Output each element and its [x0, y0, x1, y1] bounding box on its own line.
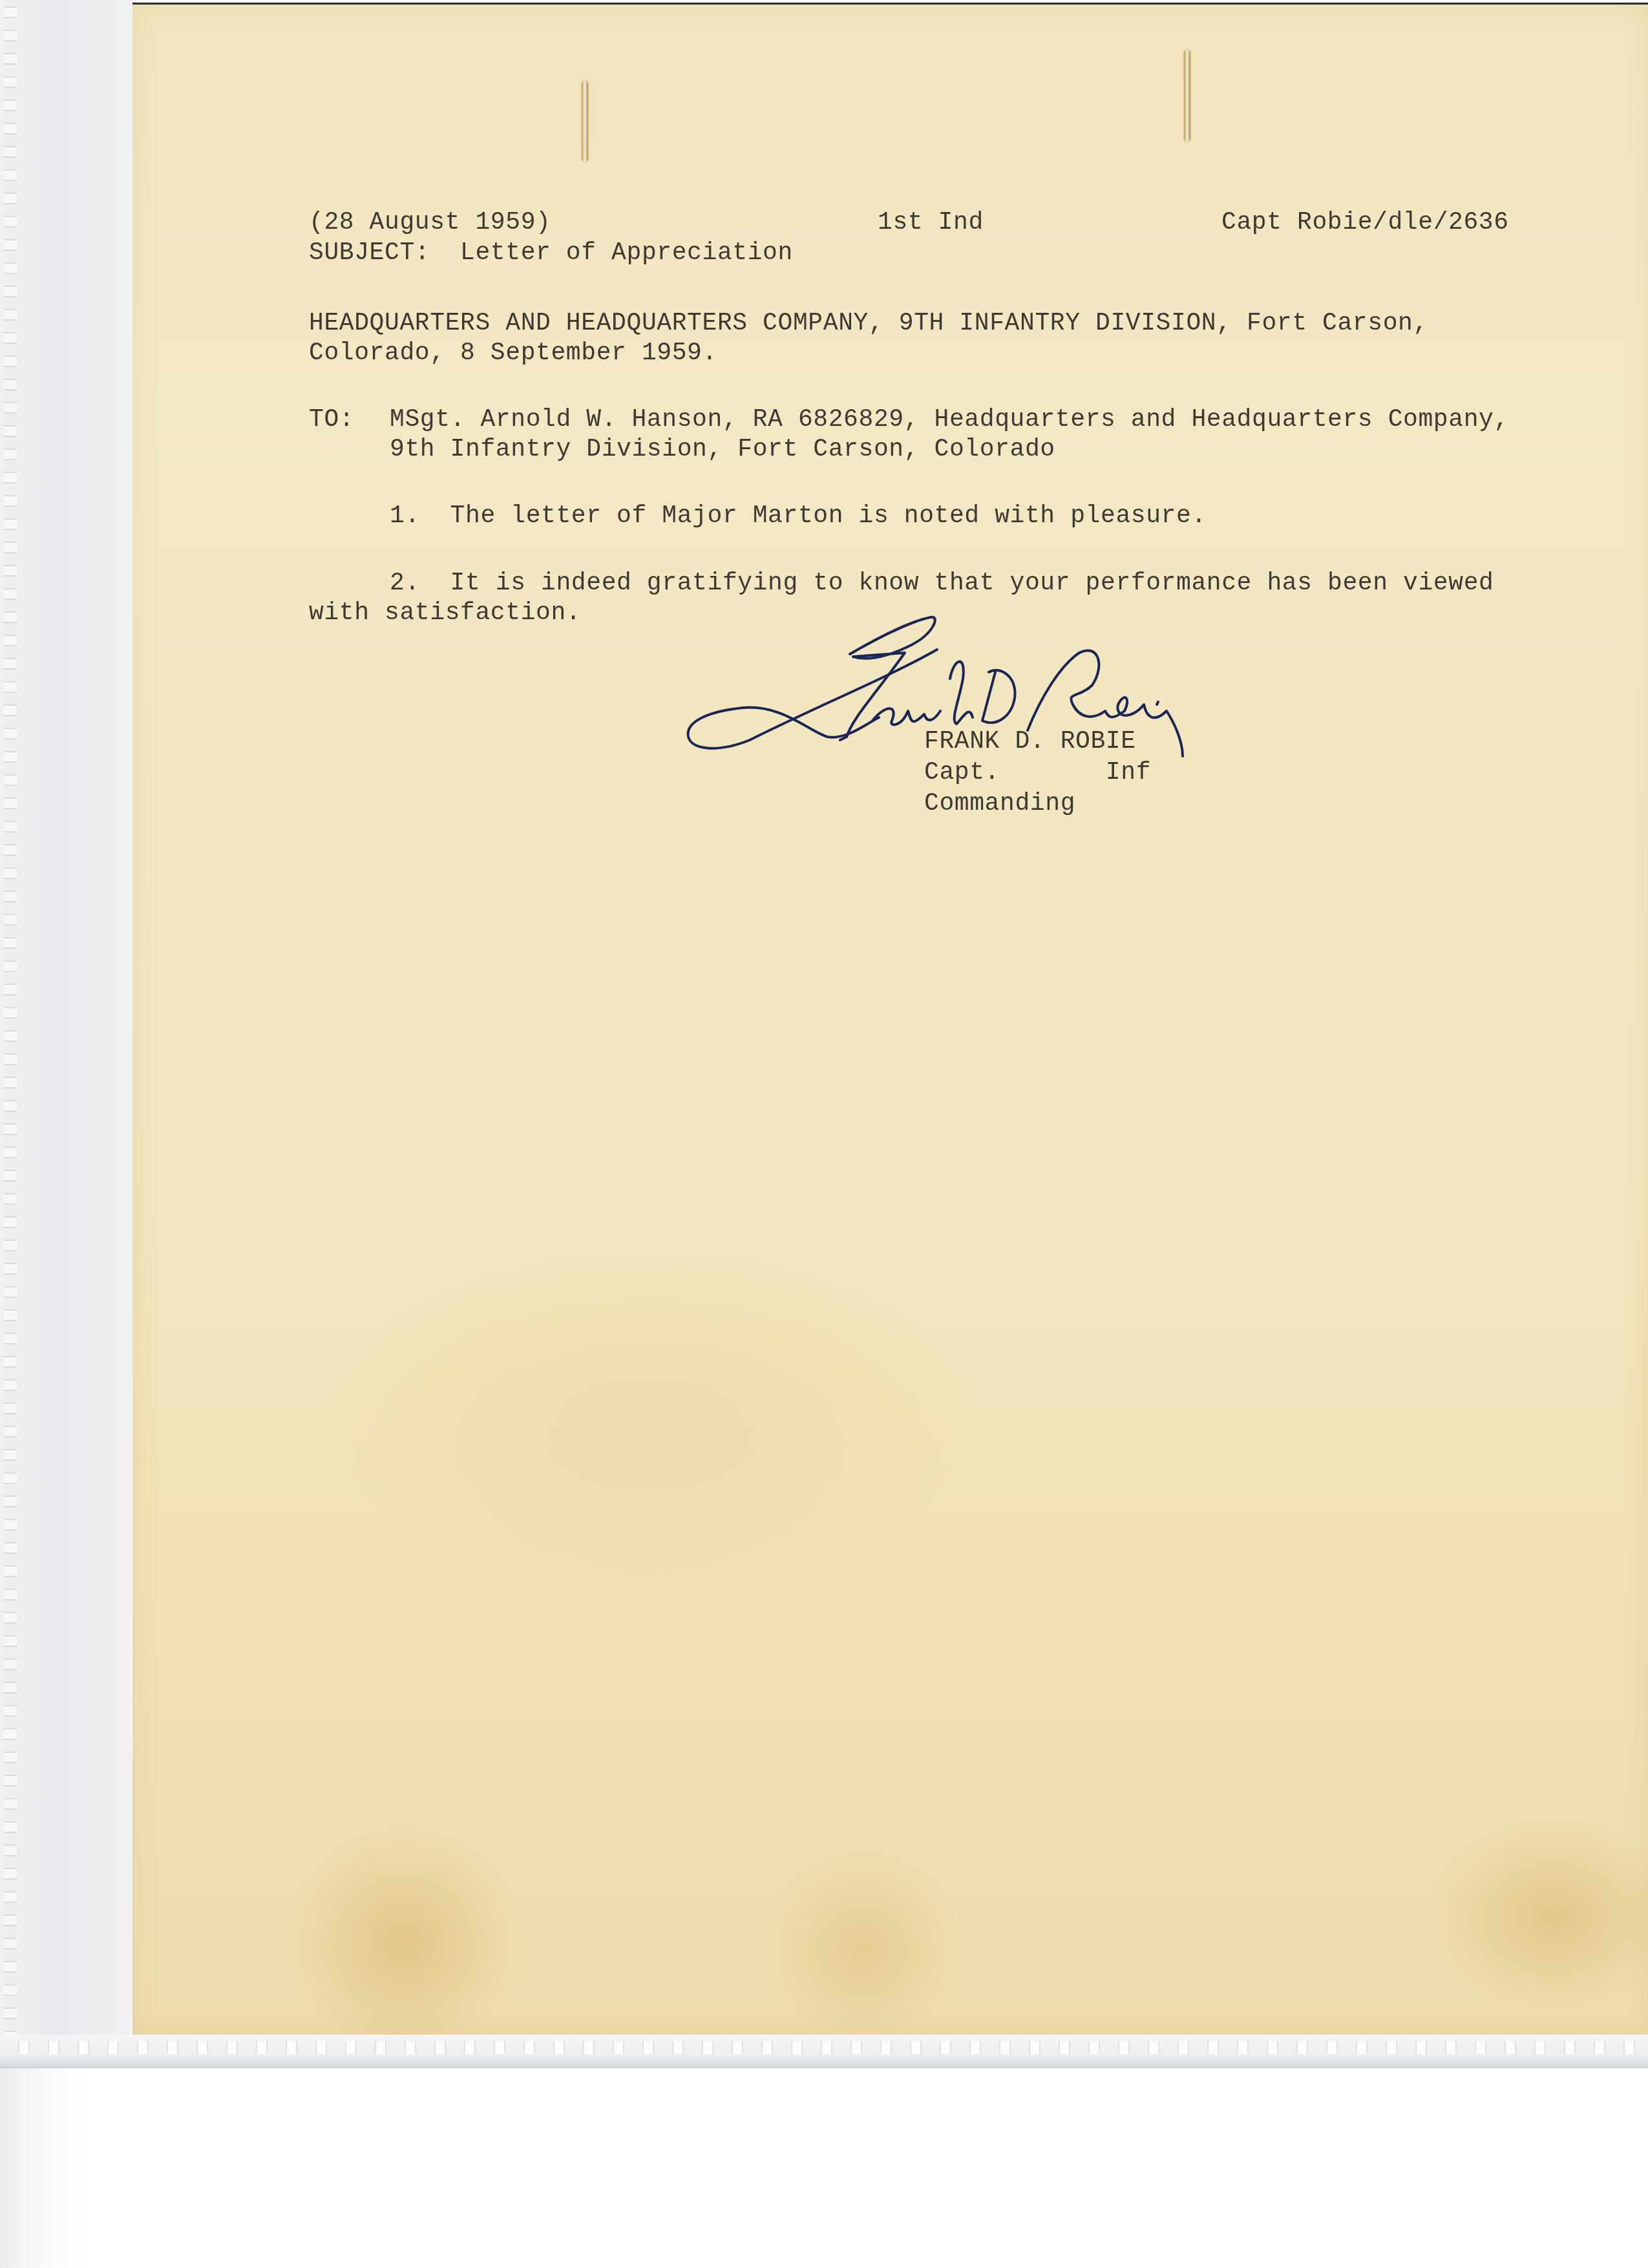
headquarters-heading-line1: HEADQUARTERS AND HEADQUARTERS COMPANY, 9… [309, 309, 1428, 339]
signer-rank-branch: Capt. Inf [924, 758, 1151, 788]
plastic-sleeve-left-edge [0, 0, 136, 2068]
headquarters-heading-line2: Colorado, 8 September 1959. [309, 339, 717, 368]
scan-background [0, 2068, 1648, 2268]
to-recipient-line1: MSgt. Arnold W. Hanson, RA 6826829, Head… [390, 405, 1509, 435]
signer-title: Commanding [924, 789, 1075, 819]
date-reference: (28 August 1959) [309, 208, 551, 238]
staple-hole-right [1184, 50, 1190, 142]
letter-page [132, 3, 1648, 2035]
indorsement-label: 1st Ind [878, 208, 984, 238]
office-symbol: Capt Robie/dle/2636 [1221, 208, 1509, 238]
signer-name: FRANK D. ROBIE [924, 727, 1136, 757]
paragraph-2-line2: with satisfaction. [309, 599, 581, 628]
to-label: TO: [309, 405, 354, 435]
staple-hole-left [582, 81, 588, 162]
paragraph-1: 1. The letter of Major Marton is noted w… [390, 502, 1207, 531]
sleeve-bottom-holes [13, 2041, 1648, 2054]
paragraph-2-line1: 2. It is indeed gratifying to know that … [390, 569, 1494, 599]
subject-line: SUBJECT: Letter of Appreciation [309, 238, 793, 268]
sleeve-binding-holes [4, 0, 17, 2068]
to-recipient-line2: 9th Infantry Division, Fort Carson, Colo… [390, 435, 1055, 465]
